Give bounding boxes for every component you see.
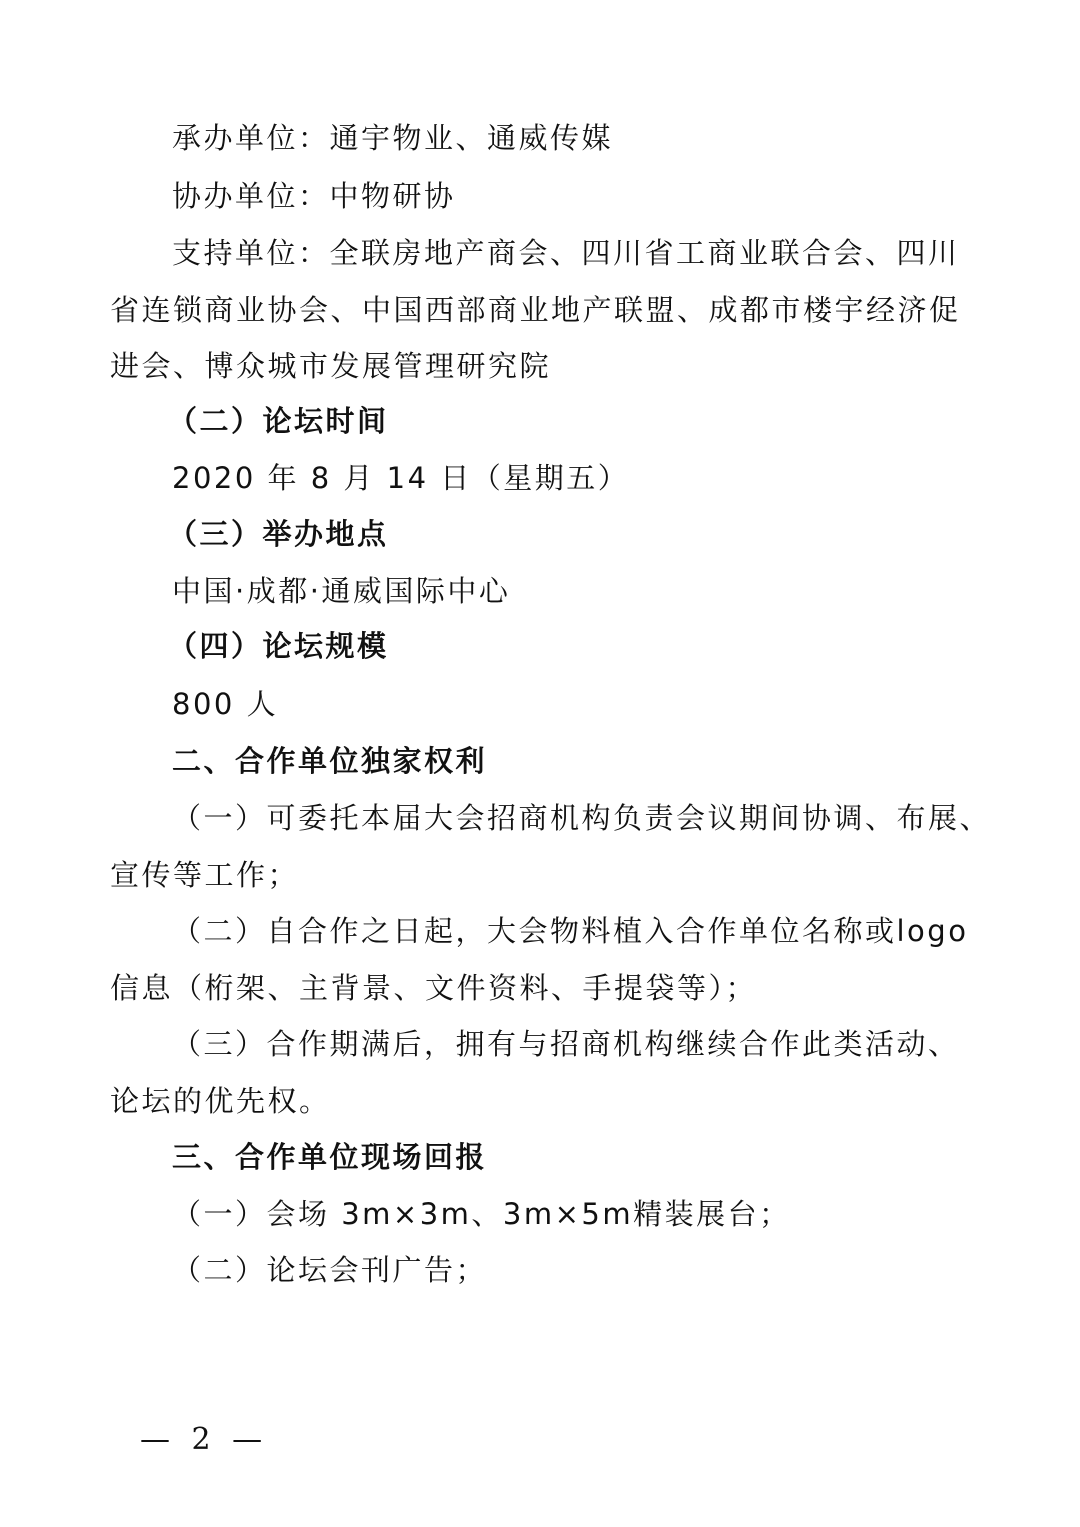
section-2-item-1-line-2: 宣传等工作； (110, 855, 299, 895)
section-2-item-2-line-2: 信息（桁架、主背景、文件资料、手提袋等）； (110, 968, 757, 1008)
scale-heading: （四）论坛规模 (168, 626, 389, 666)
section-2-item-3-line-2: 论坛的优先权。 (110, 1081, 331, 1121)
section-3-item-2: （二）论坛会刊广告； (172, 1250, 487, 1290)
forum-time-heading: （二）论坛时间 (168, 401, 389, 441)
forum-time-value: 2020 年 8 月 14 日（星期五） (172, 458, 629, 498)
support-unit-line-2: 省连锁商业协会、中国西部商业地产联盟、成都市楼宇经济促 (110, 290, 961, 330)
section-2-heading: 二、合作单位独家权利 (172, 741, 487, 781)
section-3-heading: 三、合作单位现场回报 (172, 1137, 487, 1177)
section-2-item-2-line-1: （二）自合作之日起，大会物料植入合作单位名称或logo (172, 911, 968, 951)
host-unit-line: 承办单位：通宇物业、通威传媒 (172, 118, 613, 158)
venue-heading: （三）举办地点 (168, 514, 389, 554)
support-unit-line-3: 进会、博众城市发展管理研究院 (110, 346, 551, 386)
support-unit-line-1: 支持单位：全联房地产商会、四川省工商业联合会、四川 (172, 233, 960, 273)
co-host-unit-line: 协办单位：中物研协 (172, 176, 456, 216)
section-2-item-1-line-1: （一）可委托本届大会招商机构负责会议期间协调、布展、 (172, 798, 991, 838)
page-number: — 2 — (140, 1420, 268, 1460)
section-2-item-3-line-1: （三）合作期满后，拥有与招商机构继续合作此类活动、 (172, 1024, 960, 1064)
section-3-item-1: （一）会场 3m×3m、3m×5m精装展台； (172, 1194, 791, 1234)
venue-value: 中国·成都·通威国际中心 (172, 571, 510, 611)
scale-value: 800 人 (172, 684, 278, 724)
